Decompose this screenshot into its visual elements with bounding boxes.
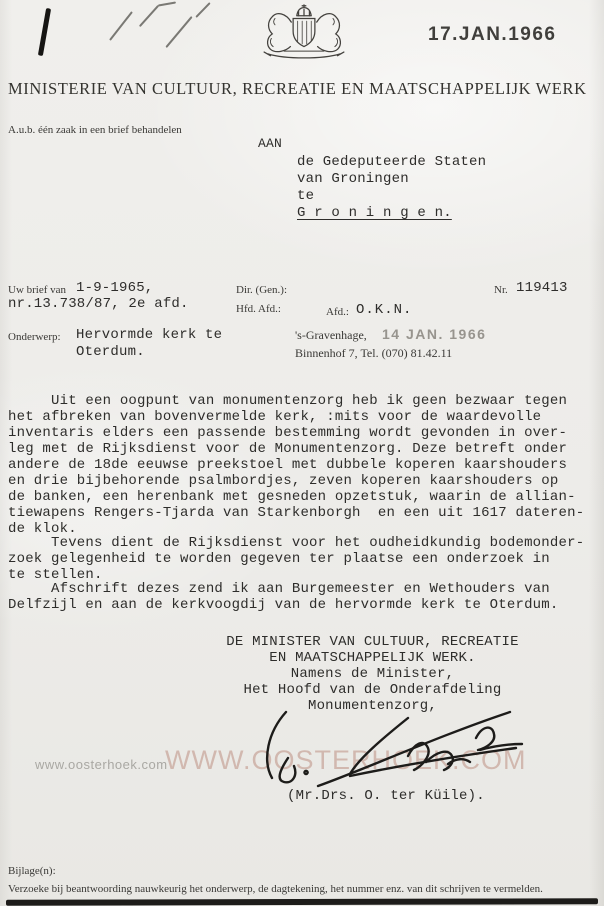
body-paragraph-1: Uit een oogpunt van monumentenzorg heb i… — [8, 393, 584, 537]
pencil-scribble — [109, 11, 133, 41]
recipient-to-label: AAN — [258, 136, 282, 151]
pencil-scribble — [139, 5, 159, 27]
office-address: Binnenhof 7, Tel. (070) 81.42.11 — [295, 346, 452, 361]
afd-label: Afd.: — [326, 306, 349, 318]
afd-value: O.K.N. — [356, 302, 412, 318]
scanned-letter-page: 17.JAN.1966 MINISTERIE VAN CULTUUR, RECR… — [0, 0, 604, 906]
your-letter-label: Uw brief van — [8, 284, 66, 296]
received-date-stamp: 14 JAN. 1966 — [382, 326, 486, 342]
attachments-label: Bijlage(n): — [8, 865, 56, 877]
subject-value: Hervormde kerk te Oterdum. — [76, 327, 222, 361]
number-label: Nr. — [494, 284, 508, 296]
recipient-address: de Gedeputeerde Staten van Groningen te — [297, 154, 486, 205]
royal-coat-of-arms-icon — [256, 4, 352, 62]
subject-label: Onderwerp: — [8, 331, 61, 343]
place-label: 's-Gravenhage, — [295, 328, 367, 343]
signature-scribble — [258, 698, 528, 793]
ministry-title: MINISTERIE VAN CULTUUR, RECREATIE EN MAA… — [8, 79, 587, 99]
pencil-scribble — [195, 2, 210, 18]
footer-request-note: Verzoeke bij beantwoording nauwkeurig he… — [8, 883, 543, 895]
scan-edge-bar — [6, 898, 598, 906]
body-paragraph-2: Tevens dient de Rijksdienst voor het oud… — [8, 535, 584, 583]
watermark-small: www.oosterhoek.com — [35, 757, 168, 772]
your-letter-number: nr.13.738/87, 2e afd. — [8, 296, 189, 312]
single-matter-note: A.u.b. één zaak in een brief behandelen — [8, 124, 182, 136]
dir-gen-label: Dir. (Gen.): — [236, 284, 287, 296]
your-letter-date: 1-9-1965, — [76, 280, 153, 296]
pen-mark — [38, 8, 51, 56]
hfd-afd-label: Hfd. Afd.: — [236, 303, 281, 315]
body-paragraph-3: Afschrift dezes zend ik aan Burgemeester… — [8, 581, 559, 613]
pencil-scribble — [165, 16, 192, 48]
signer-name: (Mr.Drs. O. ter Küile). — [287, 788, 485, 804]
recipient-city: G r o n i n g e n. — [297, 205, 452, 221]
pencil-scribble — [158, 1, 176, 6]
number-value: 119413 — [516, 280, 568, 296]
date-stamp: 17.JAN.1966 — [428, 24, 556, 46]
